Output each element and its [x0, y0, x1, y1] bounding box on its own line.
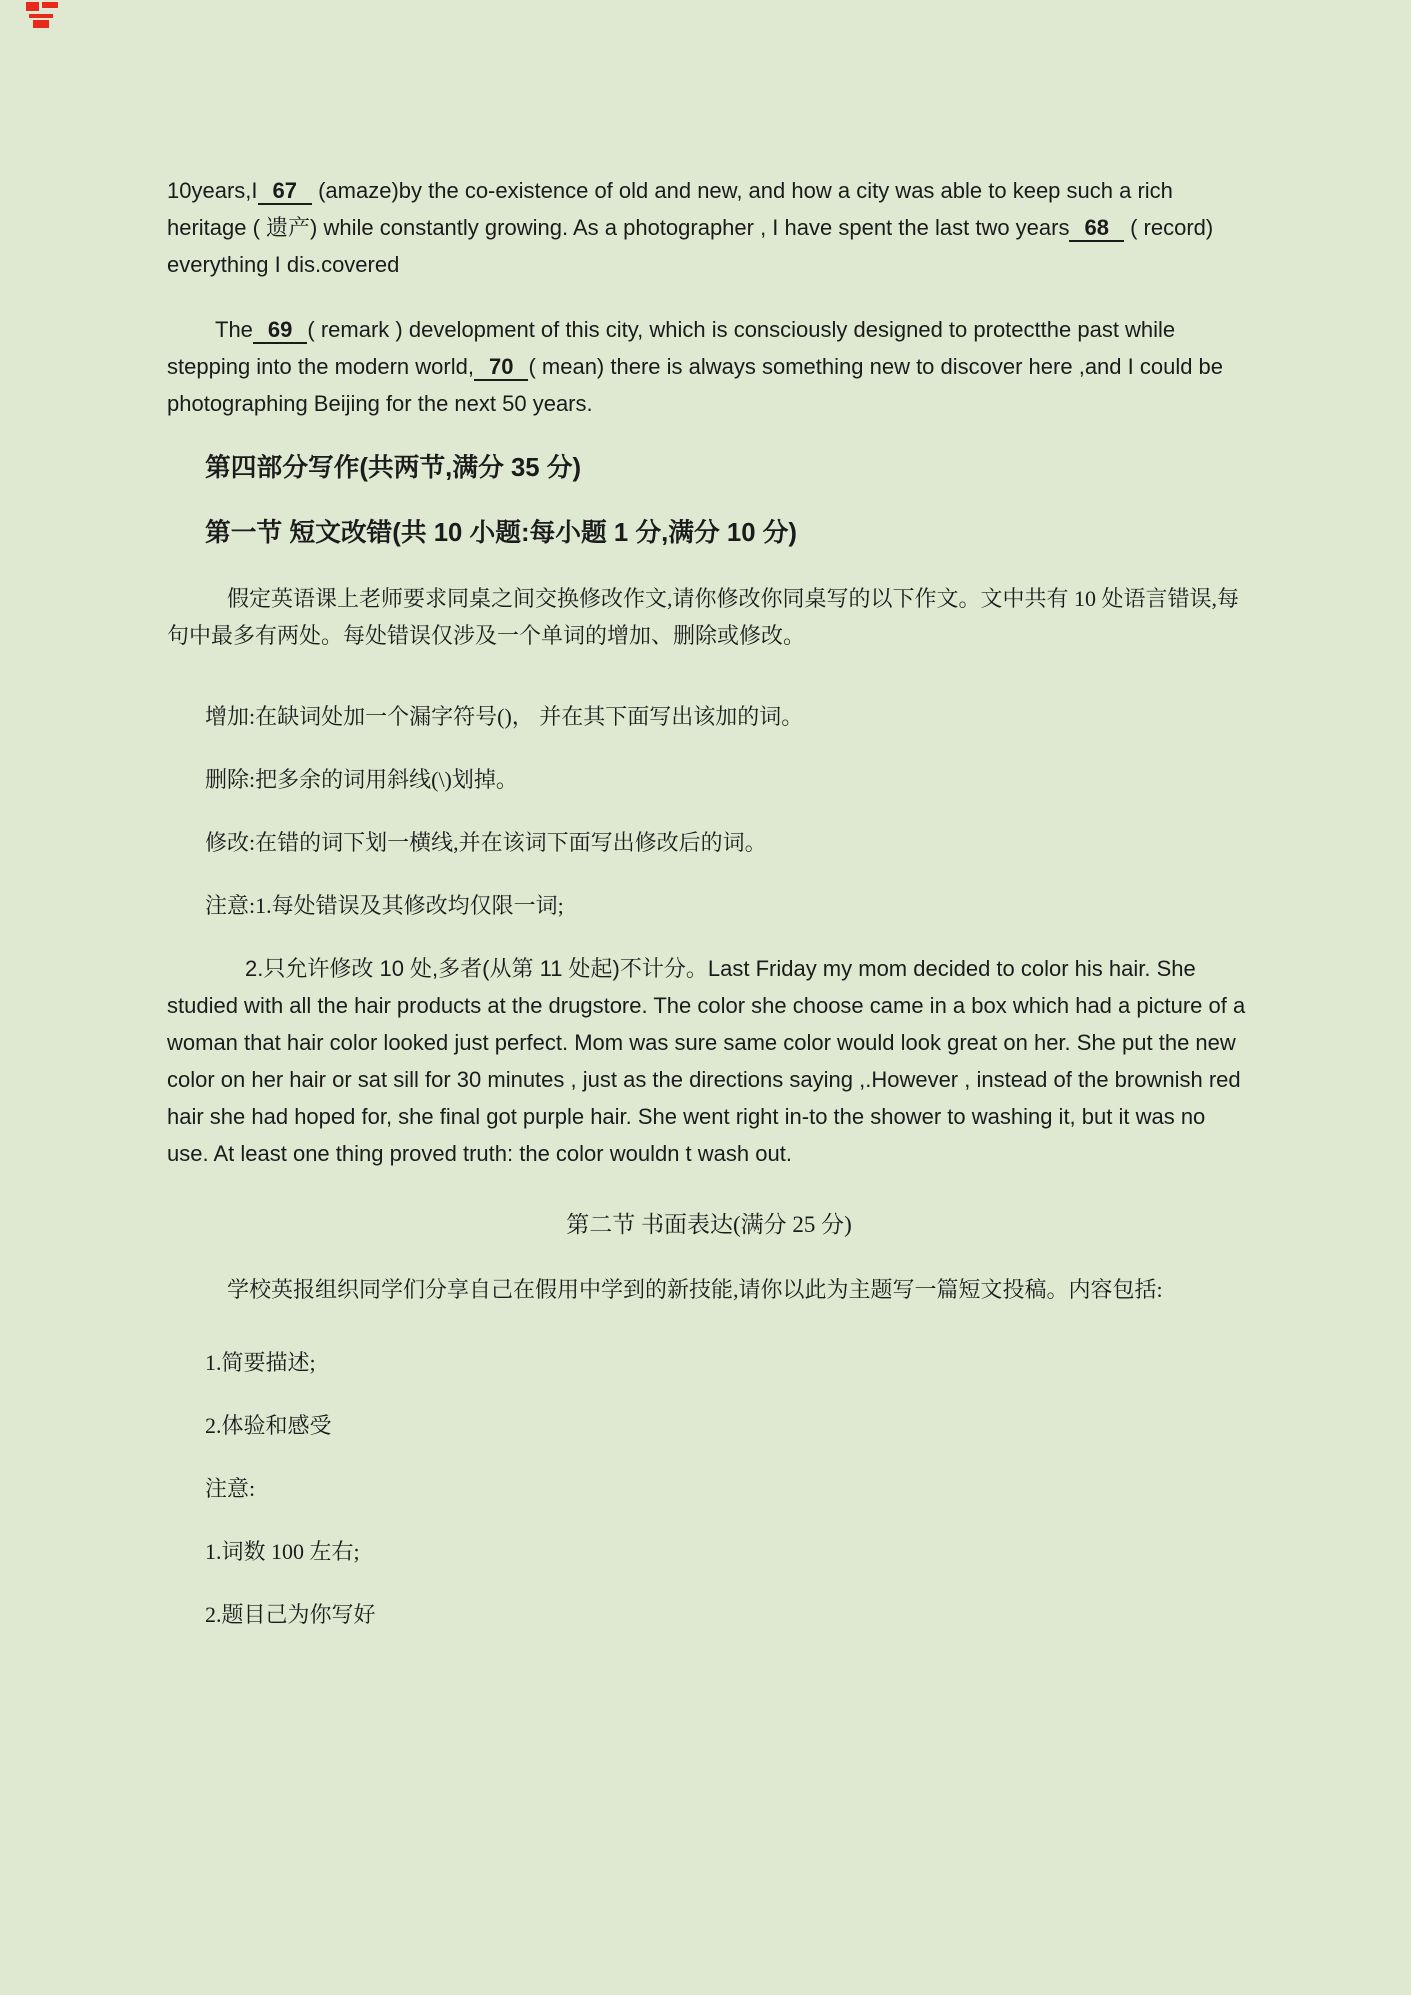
answer-blank: 67: [258, 178, 312, 205]
cloze-paragraph-2: The69( remark ) development of this city…: [167, 311, 1251, 422]
correction-instructions: 假定英语课上老师要求同桌之间交换修改作文,请你修改你同桌写的以下作文。文中共有 …: [167, 580, 1251, 654]
correction-passage: 2.只允许修改 10 处,多者(从第 11 处起)不计分。Last Friday…: [167, 950, 1251, 1172]
section2-written-expression-heading: 第二节 书面表达(满分 25 分): [167, 1206, 1251, 1243]
writing-notice-label: 注意:: [167, 1470, 1251, 1507]
writing-point-1: 1.简要描述;: [167, 1344, 1251, 1381]
watermark-glyph: [24, 2, 62, 30]
section1-error-correction-heading: 第一节 短文改错(共 10 小题:每小题 1 分,满分 10 分): [167, 515, 1251, 552]
answer-blank: 69: [253, 317, 307, 344]
text-segment: The: [215, 317, 253, 342]
answer-blank: 68: [1069, 215, 1123, 242]
rule-notice: 注意:1.每处错误及其修改均仅限一词;: [167, 887, 1251, 924]
corner-watermark: [24, 2, 62, 30]
rule-modify: 修改:在错的词下划一横线,并在该词下面写出修改后的词。: [167, 824, 1251, 861]
cloze-paragraph-1: 10years,I67 (amaze)by the co-existence o…: [167, 172, 1251, 283]
rule-add: 增加:在缺词处加一个漏字符号()， 并在其下面写出该加的词。: [167, 698, 1251, 735]
writing-notice-2: 2.题目己为你写好: [167, 1596, 1251, 1633]
answer-blank: 70: [474, 354, 528, 381]
rule-delete: 删除:把多余的词用斜线(\)划掉。: [167, 761, 1251, 798]
part4-writing-heading: 第四部分写作(共两节,满分 35 分): [167, 450, 1251, 487]
exam-page: 10years,I67 (amaze)by the co-existence o…: [0, 0, 1411, 1995]
writing-task-intro: 学校英报组织同学们分享自己在假用中学到的新技能,请你以此为主题写一篇短文投稿。内…: [167, 1271, 1251, 1308]
writing-notice-1: 1.词数 100 左右;: [167, 1533, 1251, 1570]
text-segment: (amaze)by the co-existence of old and ne…: [167, 178, 1173, 240]
writing-point-2: 2.体验和感受: [167, 1407, 1251, 1444]
text-segment: 10years,I: [167, 178, 258, 203]
